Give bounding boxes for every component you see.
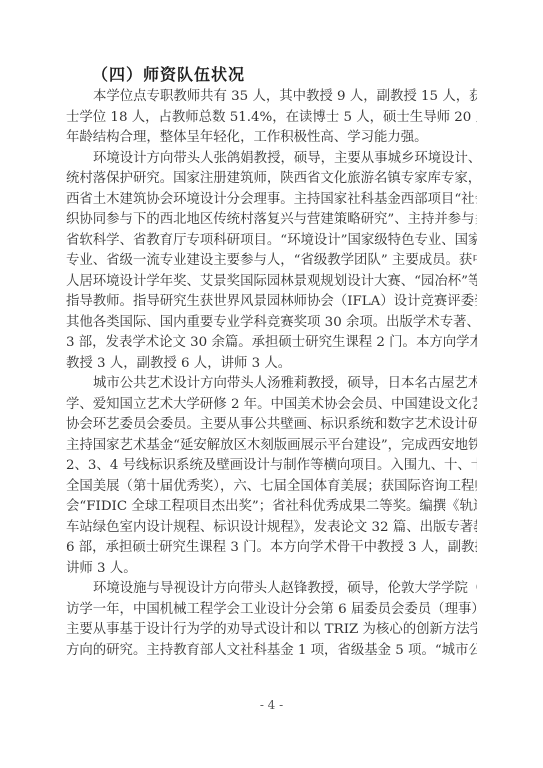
paragraph-2-line-3: 西省土木建筑协会环境设计分会理事。主持国家社科基金西部项目“社会组 xyxy=(66,190,477,211)
paragraph-2-line-11: 教授 3 人，副教授 6 人，讲师 3 人。 xyxy=(66,354,477,375)
paragraph-2-line-7: 人居环境设计学年奖、艾景奖国际园林景观规划设计大赛、“园冶杯”等优秀 xyxy=(66,272,477,293)
paragraph-3-line-7: 会“FIDIC 全球工程项目杰出奖”；省社科优秀成果二等奖。编撰《轨道交通 xyxy=(66,497,477,518)
document-page: （四）师资队伍状况 本学位点专职教师共有 35 人，其中教授 9 人，副教授 1… xyxy=(0,0,543,768)
paragraph-2-line-6: 专业、省级一流专业建设主要参与人，“省级教学团队” 主要成员。获中国 xyxy=(66,251,477,272)
paragraph-3-line-6: 全国美展（第十届优秀奖），六、七届全国体育美展；获国际咨询工程师 xyxy=(66,477,477,498)
paragraph-2-line-10: 3 部，发表学术论文 30 余篇。承担硕士研究生课程 2 门。本方向学术骨干 xyxy=(66,333,477,354)
paragraph-1-line-1: 本学位点专职教师共有 35 人，其中教授 9 人，副教授 15 人，获得博 xyxy=(66,87,477,108)
paragraph-2-line-9: 其他各类国际、国内重要专业学科竞赛奖项 30 余项。出版学术专著、教材 xyxy=(66,313,477,334)
paragraph-2-line-4: 织协同参与下的西北地区传统村落复兴与营建策略研究”、主持并参与多项 xyxy=(66,210,477,231)
paragraph-2-line-5: 省软科学、省教育厅专项科研项目。“环境设计”国家级特色专业、国家一流 xyxy=(66,231,477,252)
paragraph-3-line-5: 2、3、4 号线标识系统及壁画设计与制作等横向项目。入围九、十、十一届 xyxy=(66,456,477,477)
paragraph-1-line-3: 年龄结构合理，整体呈年轻化，工作积极性高、学习能力强。 xyxy=(66,128,477,149)
paragraph-3-line-2: 学、爱知国立艺术大学研修 2 年。中国美术协会会员、中国建设文化艺术 xyxy=(66,395,477,416)
body-text: 本学位点专职教师共有 35 人，其中教授 9 人，副教授 15 人，获得博 士学… xyxy=(66,87,477,661)
paragraph-3-line-3: 协会环艺委员会委员。主要从事公共壁画、标识系统和数字艺术设计研究。 xyxy=(66,415,477,436)
paragraph-3-line-1: 城市公共艺术设计方向带头人汤雅莉教授，硕导，日本名古屋艺术大 xyxy=(66,374,477,395)
paragraph-2-line-8: 指导教师。指导研究生获世界风景园林师协会（IFLA）设计竞赛评委奖及 xyxy=(66,292,477,313)
paragraph-2-line-1: 环境设计方向带头人张鸽娟教授，硕导，主要从事城乡环境设计、传 xyxy=(66,149,477,170)
paragraph-3-line-4: 主持国家艺术基金“延安解放区木刻版画展示平台建设”，完成西安地铁 1、 xyxy=(66,436,477,457)
paragraph-3-line-10: 讲师 3 人。 xyxy=(66,559,477,580)
paragraph-3-line-8: 车站绿色室内设计规程、标识设计规程》，发表论文 32 篇、出版专著教材 xyxy=(66,518,477,539)
section-heading: （四）师资队伍状况 xyxy=(92,62,245,85)
paragraph-2-line-2: 统村落保护研究。国家注册建筑师，陕西省文化旅游名镇专家库专家，陕 xyxy=(66,169,477,190)
paragraph-4-line-3: 主要从事基于设计行为学的劝导式设计和以 TRIZ 为核心的创新方法学等 xyxy=(66,620,477,641)
paragraph-4-line-2: 访学一年，中国机械工程学会工业设计分会第 6 届委员会委员（理事）。 xyxy=(66,600,477,621)
paragraph-4-line-4: 方向的研究。主持教育部人文社科基金 1 项，省级基金 5 项。“城市公共 xyxy=(66,641,477,662)
page-number: - 4 - xyxy=(0,698,543,712)
paragraph-3-line-9: 6 部，承担硕士研究生课程 3 门。本方向学术骨干中教授 3 人，副教授 5 人… xyxy=(66,538,477,559)
paragraph-1-line-2: 士学位 18 人，占教师总数 51.4%，在读博士 5 人，硕士生导师 20 人… xyxy=(66,108,477,129)
paragraph-4-line-1: 环境设施与导视设计方向带头人赵锋教授，硕导，伦敦大学学院（UCL） xyxy=(66,579,477,600)
